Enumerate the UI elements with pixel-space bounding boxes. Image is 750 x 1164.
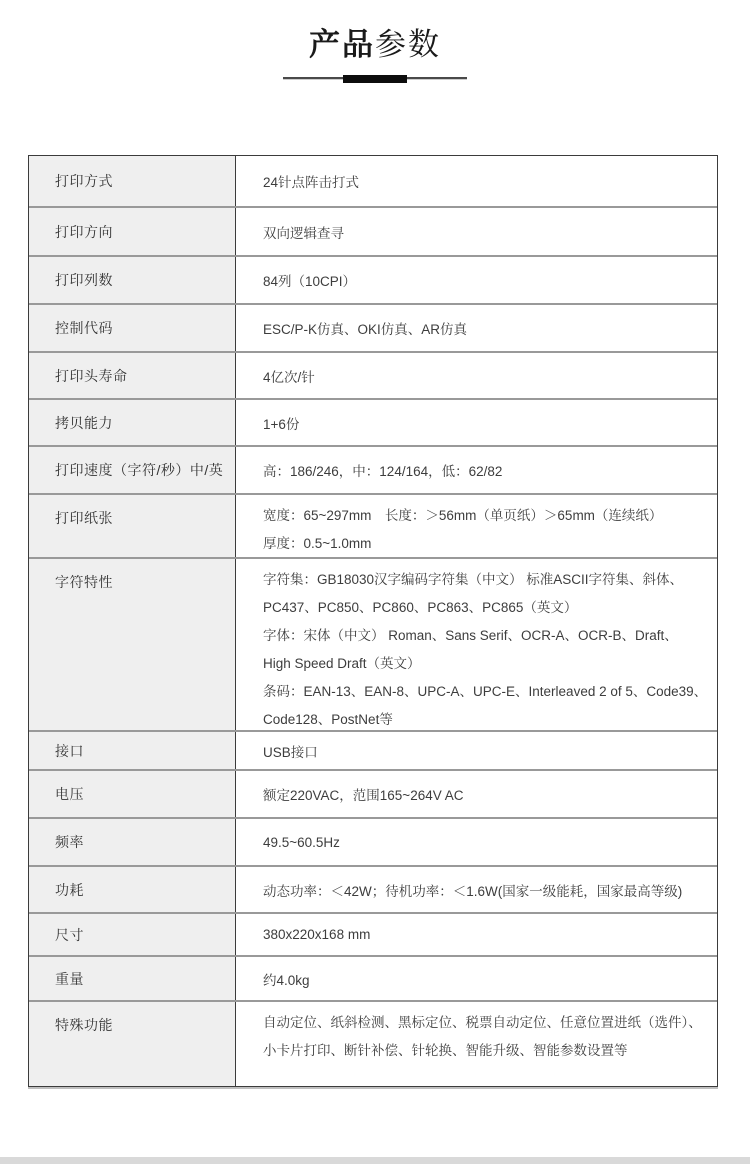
spec-value-line: 字符集：GB18030汉字编码字符集（中文） 标准ASCII字符集、斜体、	[263, 566, 709, 594]
spec-value: 自动定位、纸斜检测、黑标定位、税票自动定位、任意位置进纸（选件）、 小卡片打印、…	[236, 1002, 717, 1086]
spec-value-line: USB接口	[263, 741, 709, 761]
spec-table: 打印方式 24针点阵击打式 打印方向 双向逻辑查寻 打印列数 84列（10CPI…	[28, 155, 718, 1087]
spec-row-print-columns: 打印列数 84列（10CPI）	[29, 255, 717, 303]
spec-value-line: 高：186/246，中：124/164，低：62/82	[263, 460, 709, 480]
spec-row-power-consumption: 功耗 动态功率：＜42W；待机功率：＜1.6W(国家一级能耗，国家最高等级)	[29, 865, 717, 912]
spec-value: 宽度：65~297mm 长度：＞56mm（单页纸）＞65mm（连续纸） 厚度：0…	[236, 495, 717, 557]
spec-row-printhead-life: 打印头寿命 4亿次/针	[29, 351, 717, 398]
spec-label: 控制代码	[29, 305, 236, 351]
spec-label: 电压	[29, 771, 236, 817]
spec-value: 额定220VAC，范围165~264V AC	[236, 771, 717, 817]
spec-value: 动态功率：＜42W；待机功率：＜1.6W(国家一级能耗，国家最高等级)	[236, 867, 717, 912]
spec-label: 打印头寿命	[29, 353, 236, 398]
spec-value: ESC/P-K仿真、OKI仿真、AR仿真	[236, 305, 717, 351]
spec-value-line: High Speed Draft（英文）	[263, 650, 709, 678]
spec-row-print-speed: 打印速度（字符/秒）中/英 高：186/246，中：124/164，低：62/8…	[29, 445, 717, 493]
spec-label: 特殊功能	[29, 1002, 236, 1086]
spec-value-line: 宽度：65~297mm 长度：＞56mm（单页纸）＞65mm（连续纸）	[263, 502, 709, 530]
spec-row-copy-capability: 拷贝能力 1+6份	[29, 398, 717, 445]
page-title: 产品参数	[0, 26, 750, 63]
title-underline	[283, 75, 467, 85]
spec-value-line: PC437、PC850、PC860、PC863、PC865（英文）	[263, 594, 709, 622]
spec-value-line: 84列（10CPI）	[263, 270, 709, 290]
spec-row-control-codes: 控制代码 ESC/P-K仿真、OKI仿真、AR仿真	[29, 303, 717, 351]
spec-label: 重量	[29, 957, 236, 1000]
spec-label: 功耗	[29, 867, 236, 912]
spec-value-line: 字体：宋体（中文） Roman、Sans Serif、OCR-A、OCR-B、D…	[263, 622, 709, 650]
spec-value-line: 约4.0kg	[263, 969, 709, 989]
spec-value-line: 4亿次/针	[263, 366, 709, 386]
spec-value-line: 1+6份	[263, 413, 709, 433]
page-bottom-strip	[0, 1157, 750, 1164]
spec-label: 打印方式	[29, 156, 236, 206]
spec-value-line: Code128、PostNet等	[263, 706, 709, 734]
spec-label: 频率	[29, 819, 236, 865]
spec-value: 高：186/246，中：124/164，低：62/82	[236, 447, 717, 493]
title-underline-accent-bar	[343, 75, 407, 83]
spec-label: 打印速度（字符/秒）中/英	[29, 447, 236, 493]
spec-value: 4亿次/针	[236, 353, 717, 398]
spec-value: 字符集：GB18030汉字编码字符集（中文） 标准ASCII字符集、斜体、 PC…	[236, 559, 717, 730]
spec-value-line: 小卡片打印、断针补偿、针轮换、智能升级、智能参数设置等	[263, 1037, 709, 1065]
spec-row-dimensions: 尺寸 380x220x168 mm	[29, 912, 717, 955]
spec-label: 尺寸	[29, 914, 236, 955]
spec-value-line: 条码：EAN-13、EAN-8、UPC-A、UPC-E、Interleaved …	[263, 678, 709, 706]
spec-value: 84列（10CPI）	[236, 257, 717, 303]
spec-row-voltage: 电压 额定220VAC，范围165~264V AC	[29, 769, 717, 817]
spec-value-line: 厚度：0.5~1.0mm	[263, 530, 709, 558]
spec-value-line: 自动定位、纸斜检测、黑标定位、税票自动定位、任意位置进纸（选件）、	[263, 1009, 709, 1037]
spec-label: 拷贝能力	[29, 400, 236, 445]
spec-value: 24针点阵击打式	[236, 156, 717, 206]
spec-row-frequency: 频率 49.5~60.5Hz	[29, 817, 717, 865]
spec-row-interface: 接口 USB接口	[29, 730, 717, 769]
spec-value: 约4.0kg	[236, 957, 717, 1000]
spec-label: 打印方向	[29, 208, 236, 255]
spec-value-line: 额定220VAC，范围165~264V AC	[263, 784, 709, 804]
spec-value: 1+6份	[236, 400, 717, 445]
spec-value-line: 380x220x168 mm	[263, 927, 709, 942]
page-title-bold-part: 产品	[309, 27, 375, 62]
spec-value-line: 24针点阵击打式	[263, 171, 709, 191]
spec-row-weight: 重量 约4.0kg	[29, 955, 717, 1000]
spec-value-line: 双向逻辑查寻	[263, 222, 709, 242]
page-title-regular-part: 参数	[375, 27, 441, 62]
spec-value: USB接口	[236, 732, 717, 769]
spec-row-print-paper: 打印纸张 宽度：65~297mm 长度：＞56mm（单页纸）＞65mm（连续纸）…	[29, 493, 717, 557]
spec-value-line: 动态功率：＜42W；待机功率：＜1.6W(国家一级能耗，国家最高等级)	[263, 880, 709, 900]
spec-value-line: ESC/P-K仿真、OKI仿真、AR仿真	[263, 318, 709, 338]
spec-value: 380x220x168 mm	[236, 914, 717, 955]
spec-row-special-functions: 特殊功能 自动定位、纸斜检测、黑标定位、税票自动定位、任意位置进纸（选件）、 小…	[29, 1000, 717, 1086]
spec-value: 49.5~60.5Hz	[236, 819, 717, 865]
spec-value-line: 49.5~60.5Hz	[263, 835, 709, 850]
spec-label: 打印列数	[29, 257, 236, 303]
product-parameters-page: 产品参数 打印方式 24针点阵击打式 打印方向 双向逻辑查寻 打印列数 84列（…	[0, 0, 750, 1164]
spec-label: 字符特性	[29, 559, 236, 730]
spec-value: 双向逻辑查寻	[236, 208, 717, 255]
spec-row-print-method: 打印方式 24针点阵击打式	[29, 156, 717, 206]
spec-label: 接口	[29, 732, 236, 769]
spec-row-character-features: 字符特性 字符集：GB18030汉字编码字符集（中文） 标准ASCII字符集、斜…	[29, 557, 717, 730]
spec-label: 打印纸张	[29, 495, 236, 557]
title-block: 产品参数	[0, 0, 750, 85]
spec-row-print-direction: 打印方向 双向逻辑查寻	[29, 206, 717, 255]
